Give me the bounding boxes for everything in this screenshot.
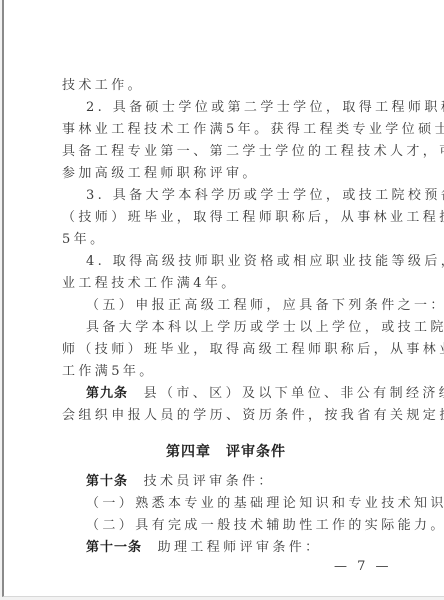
text-line: （技师）班毕业，取得工程师职称后，从事林业工程技术工作满 <box>62 210 444 226</box>
article-10-label: 第十条 <box>86 474 128 489</box>
article-10-text: 技术员评审条件： <box>144 474 275 489</box>
article-9-label: 第九条 <box>86 386 128 401</box>
text-line: 2. 具备硕士学位或第二学士学位，取得工程师职称后，从 <box>86 100 444 116</box>
text-line: 业工程技术工作满4年。 <box>62 276 238 292</box>
article-9-text: 县（市、区）及以下单位、非公有制经济组织和社 <box>144 386 444 401</box>
text-line: 事林业工程技术工作满5年。获得工程类专业学位硕士，或同时 <box>62 122 444 138</box>
article-10-item: （一）熟悉本专业的基础理论知识和专业技术知识。 <box>86 496 444 512</box>
text-line: 技术工作。 <box>62 78 144 94</box>
text-line: （五）申报正高级工程师，应具备下列条件之一： <box>86 298 444 314</box>
article-10: 第十条 技术员评审条件： <box>86 474 275 490</box>
chapter-heading: 第四章 评审条件 <box>4 441 444 461</box>
article-11-text: 助理工程师评审条件： <box>158 540 322 555</box>
text-line: 工作满5年。 <box>62 364 156 380</box>
document-viewport: 技术工作。 2. 具备硕士学位或第二学士学位，取得工程师职称后，从 事林业工程技… <box>0 0 444 600</box>
text-line: 师（技师）班毕业，取得高级工程师职称后，从事林业工程技术 <box>62 342 444 358</box>
article-11-label: 第十一条 <box>86 540 142 555</box>
page-number: — 7 — <box>334 559 392 574</box>
text-line: 具备大学本科以上学历或学士以上学位，或技工院校预备技 <box>86 320 444 336</box>
text-line: 具备工程专业第一、第二学士学位的工程技术人才，可提前1年 <box>62 144 444 160</box>
text-line: 3. 具备大学本科学历或学士学位，或技工院校预备技师 <box>86 188 444 204</box>
text-line: 参加高级工程师职称评审。 <box>62 166 259 182</box>
article-10-item: （二）具有完成一般技术辅助性工作的实际能力。 <box>86 518 444 534</box>
article-9: 第九条 县（市、区）及以下单位、非公有制经济组织和社 <box>86 386 444 402</box>
article-9-continuation: 会组织申报人员的学历、资历条件，按我省有关规定执行。 <box>62 408 444 424</box>
article-11: 第十一条 助理工程师评审条件： <box>86 540 322 556</box>
text-line: 4. 取得高级技师职业资格或相应职业技能等级后，从事林 <box>86 254 444 270</box>
document-page: 技术工作。 2. 具备硕士学位或第二学士学位，取得工程师职称后，从 事林业工程技… <box>2 0 444 597</box>
text-line: 5年。 <box>62 232 106 248</box>
